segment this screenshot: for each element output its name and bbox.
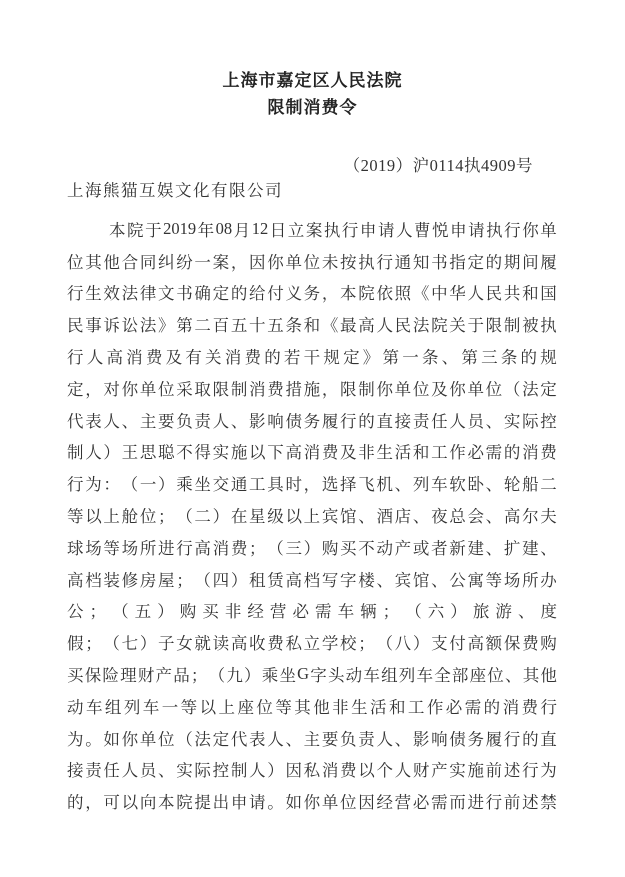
body-line: 定，对你单位采取限制消费措施，限制你单位及你单位（法定	[67, 372, 557, 404]
court-name-heading: 上海市嘉定区人民法院	[0, 70, 625, 92]
document-page: 上海市嘉定区人民法院 限制消费令 （2019）沪0114执4909号 上海熊猫互…	[0, 0, 625, 877]
body-line: 球场等场所进行高消费；（三）购买不动产或者新建、扩建、	[67, 531, 557, 563]
body-line: 为。如你单位（法定代表人、主要负责人、影响债务履行的直	[67, 722, 557, 754]
body-line: 民事诉讼法》第二百五十五条和《最高人民法院关于限制被执	[67, 308, 557, 340]
body-line: 位其他合同纠纷一案，因你单位未按执行通知书指定的期间履	[67, 245, 557, 277]
body-line: 行为：（一）乘坐交通工具时，选择飞机、列车软卧、轮船二	[67, 467, 557, 499]
case-number: （2019）沪0114执4909号	[344, 155, 533, 177]
body-line: 制人）王思聪不得实施以下高消费及非生活和工作必需的消费	[67, 436, 557, 468]
body-line: 公；（五）购买非经营必需车辆；（六）旅游、度	[67, 595, 557, 627]
body-line: 本院于2019年08月12日立案执行申请人曹悦申请执行你单	[67, 213, 557, 245]
document-title: 限制消费令	[0, 97, 625, 119]
body-line: 高档装修房屋；（四）租赁高档写字楼、宾馆、公寓等场所办	[67, 563, 557, 595]
body-line: 动车组列车一等以上座位等其他非生活和工作必需的消费行	[67, 690, 557, 722]
body-line: 代表人、主要负责人、影响债务履行的直接责任人员、实际控	[67, 404, 557, 436]
body-line: 假；（七）子女就读高收费私立学校；（八）支付高额保费购	[67, 626, 557, 658]
body-line: 行人高消费及有关消费的若干规定》第一条、第三条的规	[67, 340, 557, 372]
body-line: 行生效法律文书确定的给付义务，本院依照《中华人民共和国	[67, 277, 557, 309]
addressee-company-name: 上海熊猫互娱文化有限公司	[67, 180, 283, 202]
body-line: 等以上舱位；（二）在星级以上宾馆、酒店、夜总会、高尔夫	[67, 499, 557, 531]
document-body: 本院于2019年08月12日立案执行申请人曹悦申请执行你单位其他合同纠纷一案，因…	[67, 213, 557, 817]
body-line: 买保险理财产品；（九）乘坐G字头动车组列车全部座位、其他	[67, 658, 557, 690]
body-line: 接责任人员、实际控制人）因私消费以个人财产实施前述行为	[67, 754, 557, 786]
body-line: 的，可以向本院提出申请。如你单位因经营必需而进行前述禁	[67, 785, 557, 817]
